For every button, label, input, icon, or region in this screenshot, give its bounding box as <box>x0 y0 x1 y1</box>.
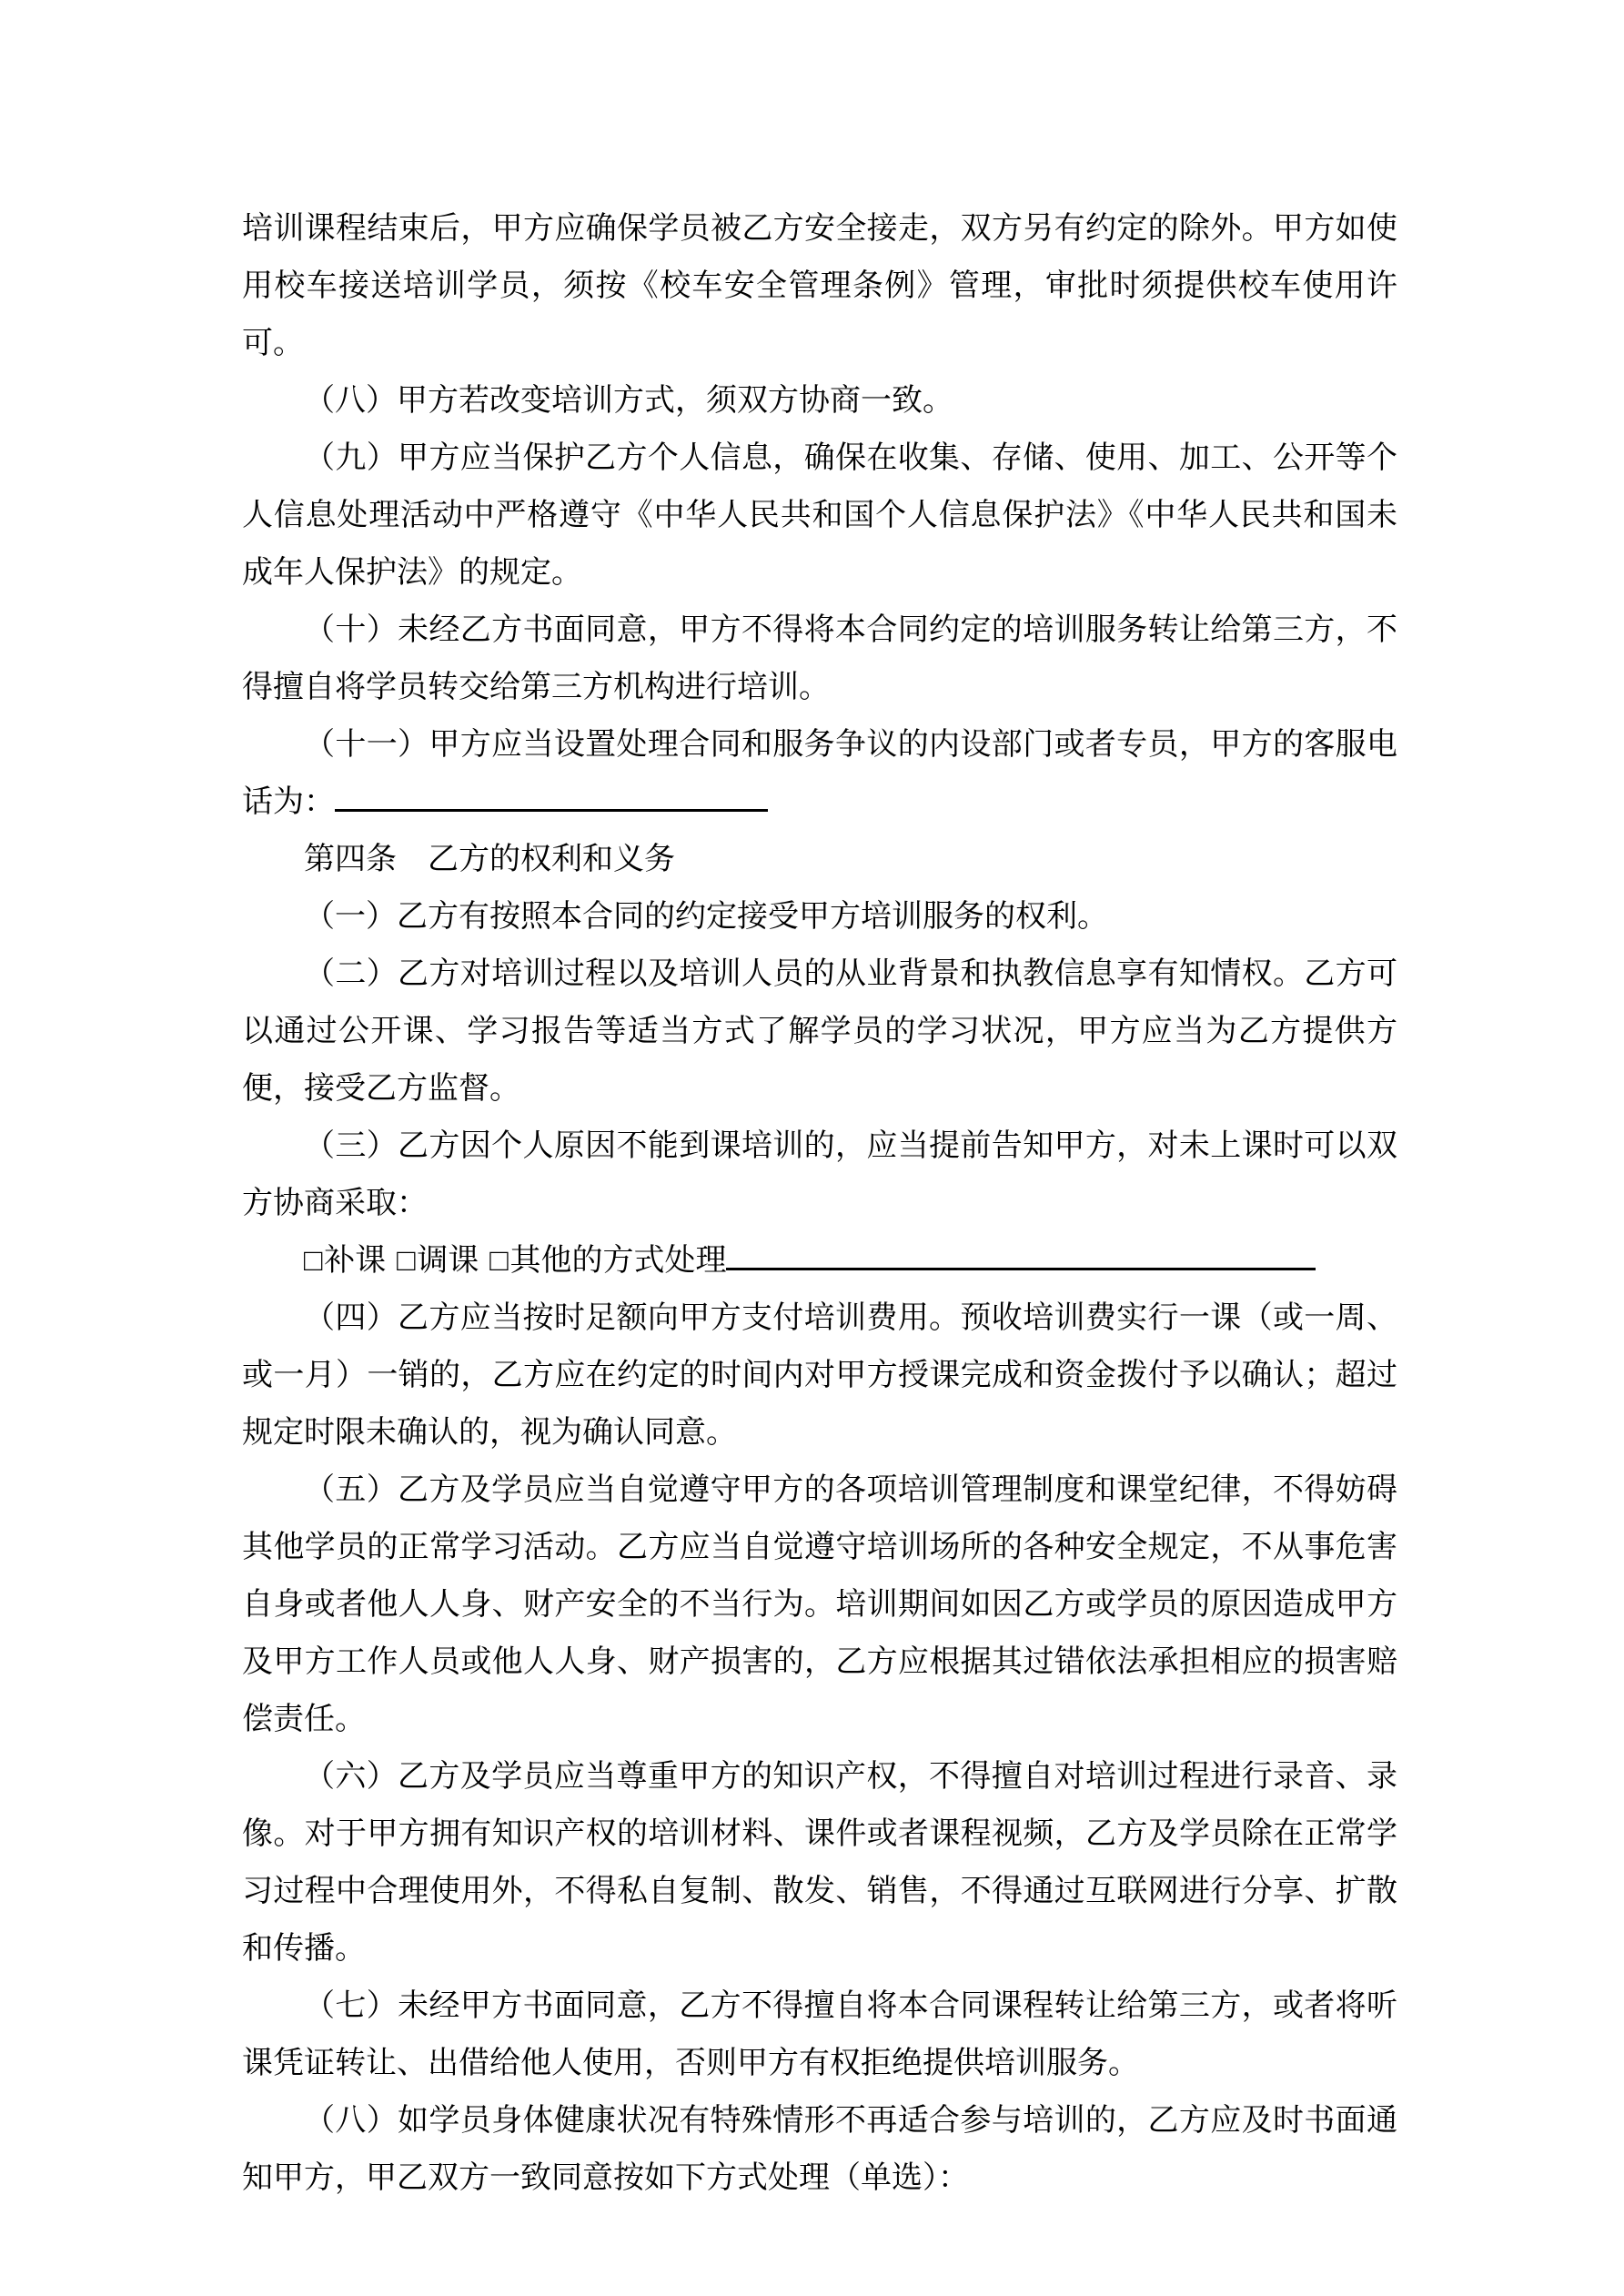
option-reschedule-class-label: 调课 <box>417 1243 479 1278</box>
option-makeup-class-label: 补课 <box>324 1243 386 1278</box>
contract-document-page: 培训课程结束后，甲方应确保学员被乙方安全接走，双方另有约定的除外。甲方如使用校车… <box>0 0 1624 2296</box>
option-reschedule-class[interactable]: □调课 <box>397 1243 479 1278</box>
clause-b2: （二）乙方对培训过程以及培训人员的从业背景和执教信息享有知情权。乙方可以通过公开… <box>242 946 1397 1118</box>
clause-b5: （五）乙方及学员应当自觉遵守甲方的各项培训管理制度和课堂纪律，不得妨碍其他学员的… <box>242 1462 1397 1748</box>
option-other-method-label: 其他的方式处理 <box>509 1243 726 1278</box>
clause-b6: （六）乙方及学员应当尊重甲方的知识产权，不得擅自对培训过程进行录音、录像。对于甲… <box>242 1748 1397 1977</box>
checkbox-icon[interactable]: □ <box>397 1243 416 1278</box>
clause-a8: （八）甲方若改变培训方式，须双方协商一致。 <box>242 372 1397 430</box>
other-method-blank[interactable] <box>726 1239 1316 1270</box>
customer-service-phone-blank[interactable] <box>335 780 768 812</box>
clause-a7-continuation: 培训课程结束后，甲方应确保学员被乙方安全接走，双方另有约定的除外。甲方如使用校车… <box>242 200 1397 372</box>
clause-a10: （十）未经乙方书面同意，甲方不得将本合同约定的培训服务转让给第三方，不得擅自将学… <box>242 602 1397 716</box>
clause-b1: （一）乙方有按照本合同的约定接受甲方培训服务的权利。 <box>242 888 1397 946</box>
missed-class-options-line: □补课□调课□其他的方式处理 <box>242 1232 1397 1290</box>
section-4-heading: 第四条 乙方的权利和义务 <box>242 831 1397 888</box>
option-other-method[interactable]: □其他的方式处理 <box>489 1243 726 1278</box>
clause-b4: （四）乙方应当按时足额向甲方支付培训费用。预收培训费实行一课（或一周、或一月）一… <box>242 1290 1397 1462</box>
clause-b7: （七）未经甲方书面同意，乙方不得擅自将本合同课程转让给第三方，或者将听课凭证转让… <box>242 1977 1397 2092</box>
clause-b3: （三）乙方因个人原因不能到课培训的，应当提前告知甲方，对未上课时可以双方协商采取… <box>242 1118 1397 1232</box>
checkbox-icon[interactable]: □ <box>489 1243 509 1278</box>
clause-a11: （十一）甲方应当设置处理合同和服务争议的内设部门或者专员，甲方的客服电话为： <box>242 716 1397 831</box>
clause-b8: （八）如学员身体健康状况有特殊情形不再适合参与培训的，乙方应及时书面通知甲方，甲… <box>242 2092 1397 2207</box>
option-makeup-class[interactable]: □补课 <box>304 1243 386 1278</box>
checkbox-icon[interactable]: □ <box>304 1243 323 1278</box>
clause-a9: （九）甲方应当保护乙方个人信息，确保在收集、存储、使用、加工、公开等个人信息处理… <box>242 430 1397 602</box>
